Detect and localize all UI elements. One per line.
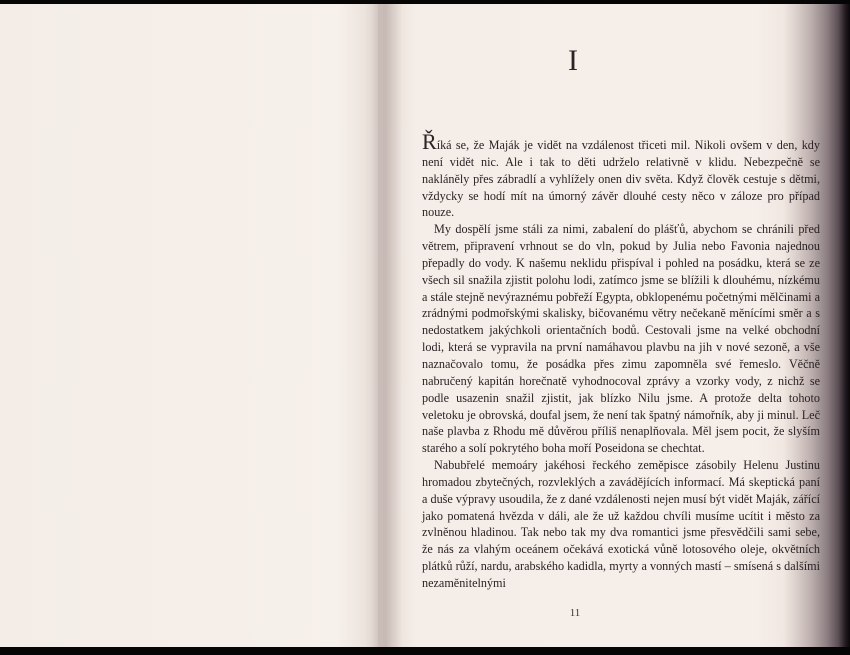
chapter-body-text: Říká se, že Maják je vidět na vzdálenost… xyxy=(422,137,820,592)
scan-border-bottom xyxy=(0,647,850,655)
page-number: 11 xyxy=(560,607,590,619)
drop-cap: Ř xyxy=(422,129,437,154)
paragraph-2: My dospělí jsme stáli za nimi, zabalení … xyxy=(422,221,820,457)
paragraph-1-text: íká se, že Maják je vidět na vzdálenost … xyxy=(422,138,820,219)
book-spread: I Říká se, že Maják je vidět na vzdáleno… xyxy=(0,4,850,647)
paragraph-3: Nabubřelé memoáry jakéhosi řeckého zeměp… xyxy=(422,457,820,592)
book-gutter-shadow xyxy=(372,4,402,647)
paragraph-1: Říká se, že Maják je vidět na vzdálenost… xyxy=(422,137,820,221)
left-page-blank xyxy=(0,4,392,647)
chapter-number: I xyxy=(558,44,588,78)
